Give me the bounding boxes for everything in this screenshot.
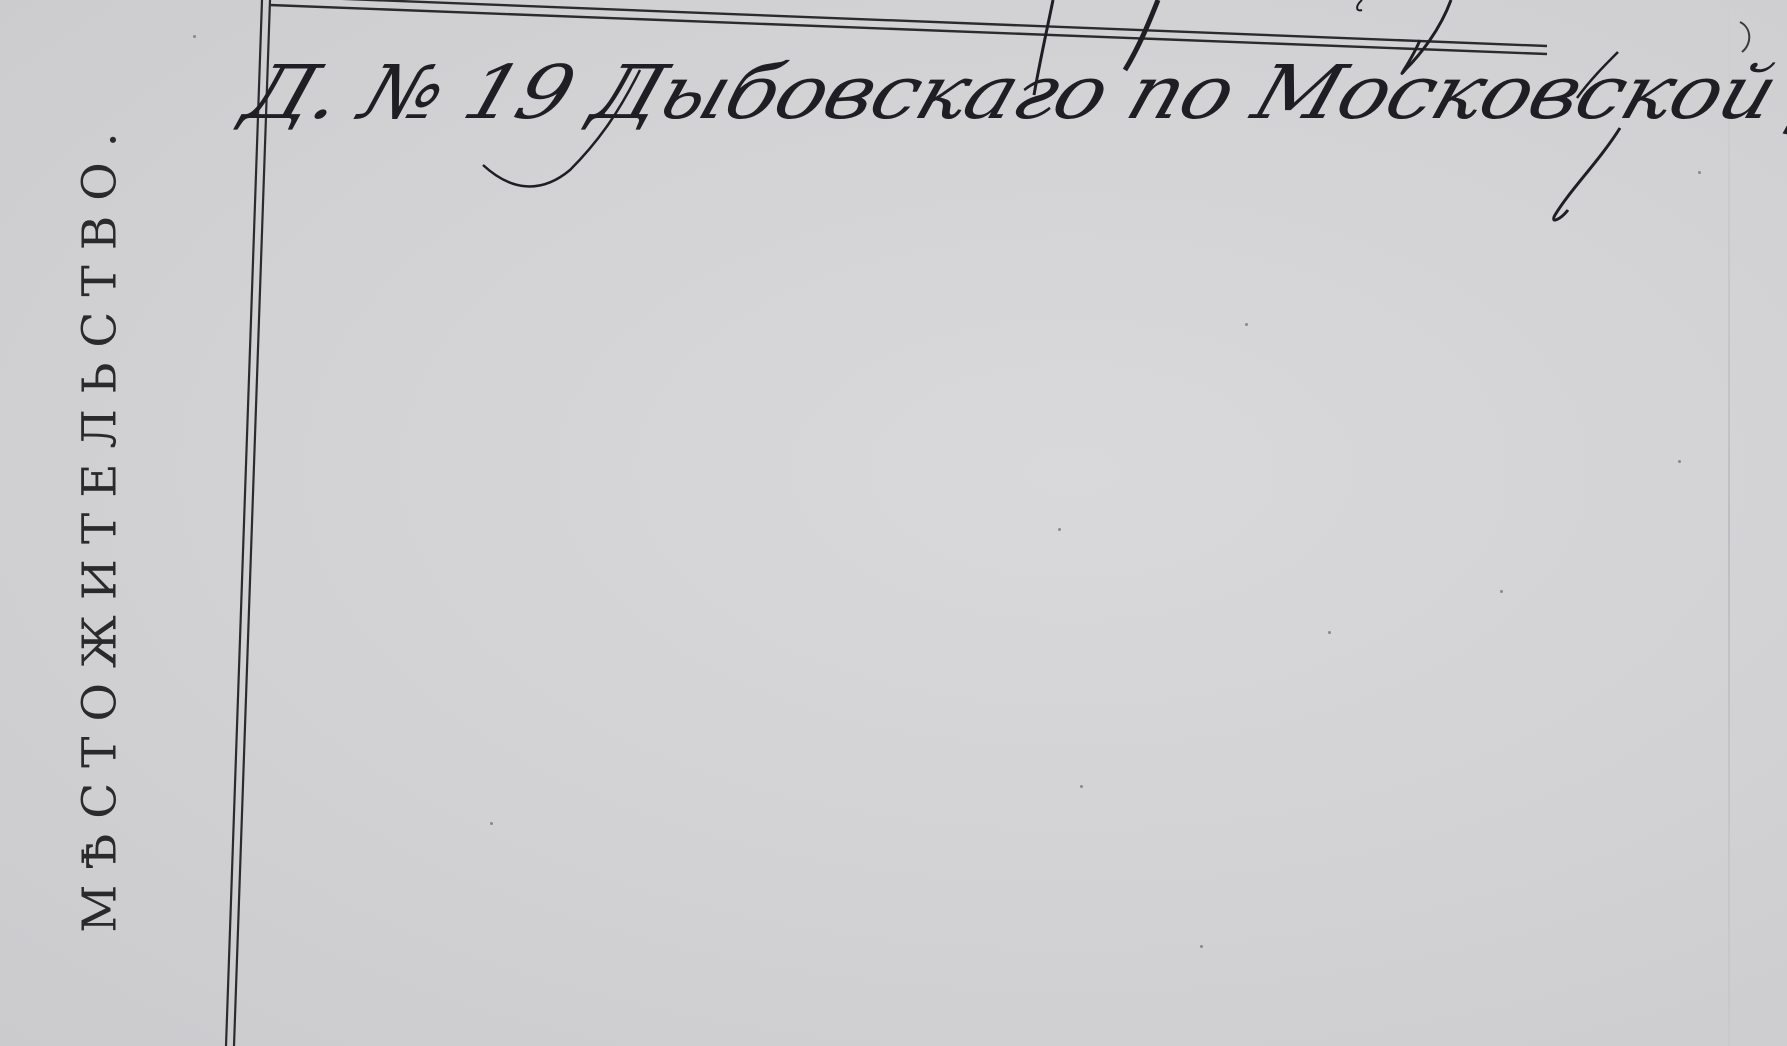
vertical-rule-inner (234, 0, 270, 1046)
paper-fleck (1328, 631, 1331, 634)
paper-fleck (1500, 590, 1503, 593)
handwritten-address-entry: Д. № 19 Дыбовскаго по Московской ул. (234, 50, 1787, 136)
paper-fleck (1080, 785, 1083, 788)
paper-fleck (1200, 945, 1203, 948)
handwriting-flourish (1554, 128, 1620, 220)
paper-fleck (1698, 171, 1701, 174)
paper-fleck (490, 822, 493, 825)
descender-stroke (1357, 0, 1362, 10)
form-frame-lines (0, 0, 1787, 1046)
margin-mark (1740, 22, 1749, 52)
paper-fleck (1678, 460, 1681, 463)
horizontal-rule-lower (270, 5, 1547, 54)
paper-fleck (1058, 528, 1061, 531)
horizontal-rule-upper (270, 0, 1547, 46)
paper-fleck (1245, 323, 1248, 326)
paper-fleck (193, 35, 196, 38)
vertical-rule-outer (226, 0, 262, 1046)
